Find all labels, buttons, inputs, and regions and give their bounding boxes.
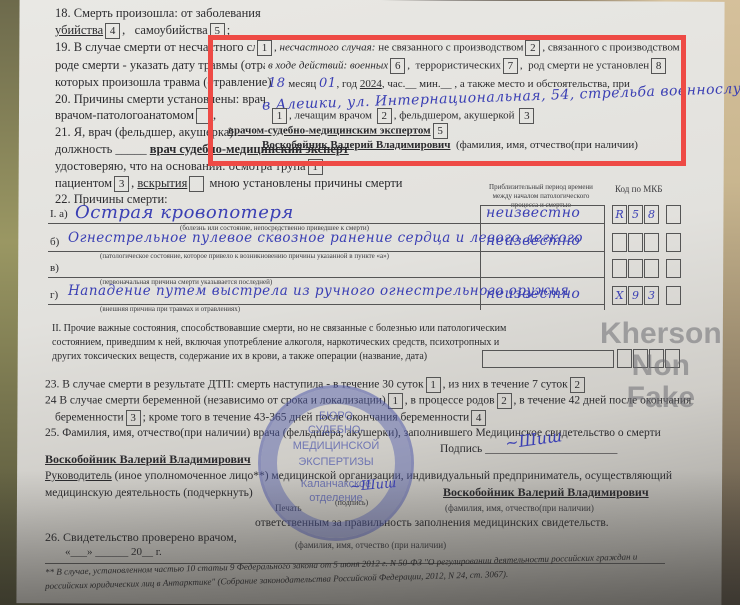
item-18: 18. Смерть произошла: от заболевания (55, 6, 261, 21)
cause-row-hint: (патологическое состояние, которое приве… (100, 252, 389, 260)
icd-code-cell (666, 286, 681, 305)
other-period-box (482, 350, 614, 368)
icd-code-cell: 9 (628, 286, 643, 305)
cause-row-label: б) (50, 236, 59, 248)
item-21-patient: пациентом3, вскрытия4 мною установлены п… (55, 176, 402, 192)
icd-header: Код по МКБ (615, 184, 662, 194)
cause-row-label: г) (50, 289, 58, 301)
icd-code-cell (612, 259, 627, 278)
cause-row-period: неизвестно (486, 233, 580, 249)
icd-code-cell (666, 233, 681, 252)
icd-code-cell (644, 259, 659, 278)
item-21-line1: 21. Я, врач (фельдшер, акушерка) (55, 125, 233, 140)
cause-row-label: в) (50, 262, 59, 274)
icd-code-boxes: X93 (612, 286, 682, 305)
icd-code-cell: X (612, 286, 627, 305)
photo-shadow (0, 470, 740, 605)
icd-code-cell (666, 205, 681, 224)
icd-code-cell (612, 233, 627, 252)
other-conditions-1: II. Прочие важные состояния, способствов… (52, 323, 506, 334)
icd-code-cell: 3 (644, 286, 659, 305)
icd-code-boxes (612, 233, 682, 252)
icd-code-cell: 5 (628, 205, 643, 224)
icd-code-cell (644, 233, 659, 252)
icd-code-boxes (612, 259, 682, 278)
icd-code-cell (628, 259, 643, 278)
icd-code-cell (666, 259, 681, 278)
icd-code-cell (628, 233, 643, 252)
cause-row-hint: (внешняя причина при травмах и отравлени… (100, 305, 240, 313)
icd-code-cell: 8 (644, 205, 659, 224)
cause-row-period: неизвестно (486, 205, 580, 221)
cause-row-label: I. а) (50, 208, 68, 220)
highlight-annotation-box (208, 35, 686, 166)
doctor-name: Воскобойник Валерий Владимирович (45, 452, 251, 467)
cause-row-text: Острая кровопотеря (75, 202, 294, 223)
watermark-text: Kherson Non Fake (600, 318, 722, 414)
other-conditions-2: состоянием, приведшим к ней, включая упо… (52, 337, 499, 348)
other-conditions-3: других токсических веществ, содержание и… (52, 351, 427, 362)
item-18-murder: убийства4, самоубийства5; (55, 23, 230, 39)
icd-code-boxes: R58 (612, 205, 682, 224)
icd-code-cell: R (612, 205, 627, 224)
item-20-line2: врачом-патологоанатомом4, (55, 108, 216, 124)
table-rule (604, 205, 605, 310)
cause-row-period: неизвестно (486, 286, 580, 302)
